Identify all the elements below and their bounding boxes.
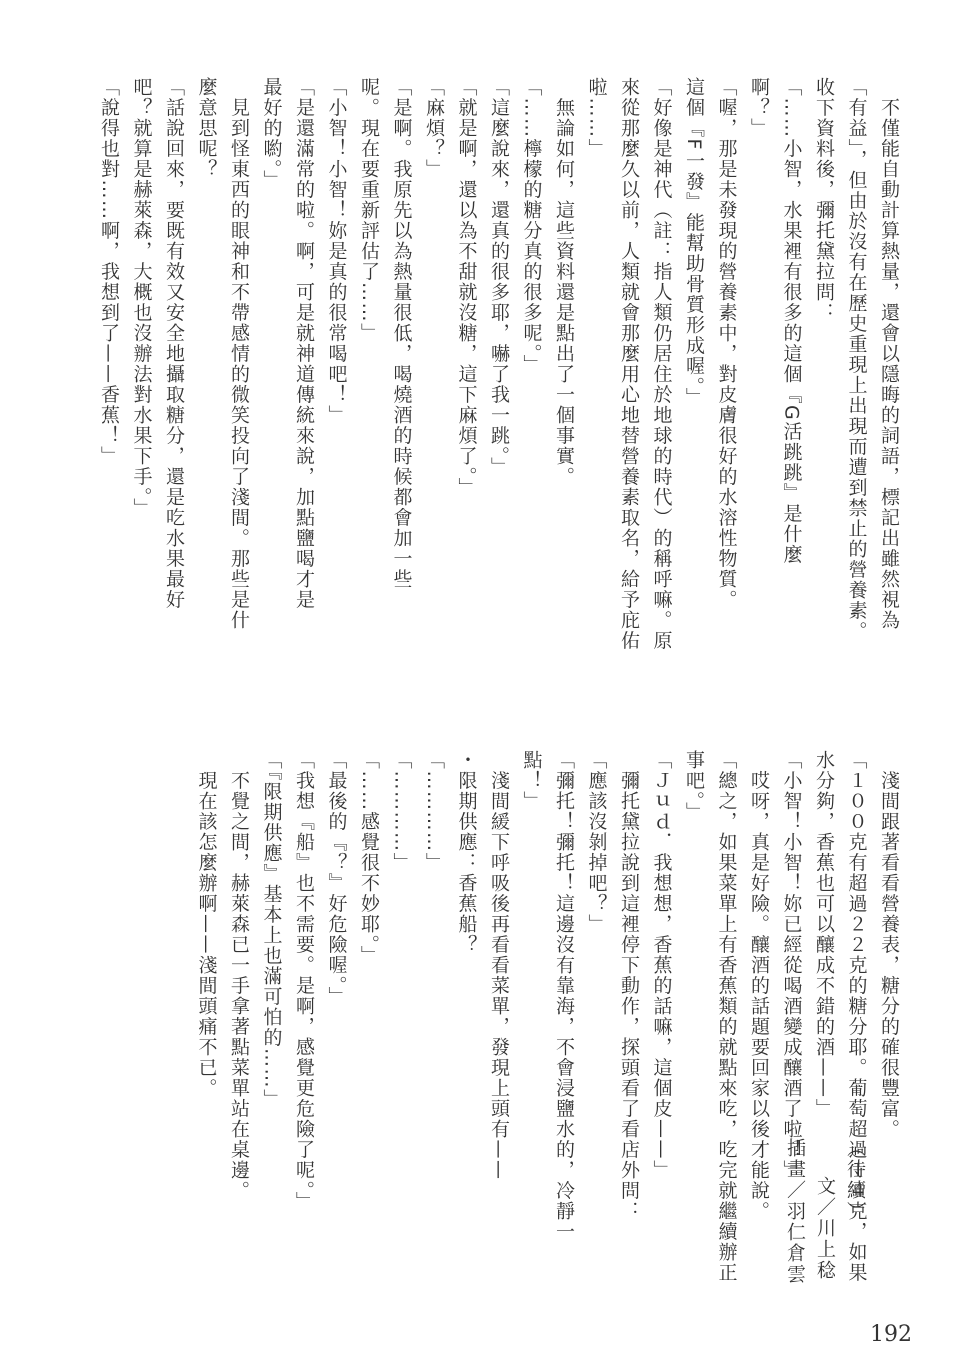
text-column: 「好像是神代（註：指人類仍居住於地球的時代）的稱呼嘛。原	[645, 77, 678, 657]
text-column: 無論如何，這些資料還是點出了一個事實。	[548, 77, 581, 657]
text-column: 「彌托！彌托！這邊沒有靠海，不會浸鹽水的，冷靜一	[548, 750, 581, 1320]
text-column: 「是啊。我原先以為熱量很低，喝燒酒的時候都會加一些	[385, 77, 418, 657]
text-column: 「說得也對……啊，我想到了——香蕉！」	[93, 77, 126, 657]
text-column: 「麻煩？」	[418, 77, 451, 657]
text-column: 「……感覺很不妙耶。」	[353, 750, 386, 1320]
text-column: 淺間緩下呼吸後再看看菜單，發現上頭有——	[483, 750, 516, 1320]
text-column: 「『限期供應』基本上也滿可怕的……」	[255, 750, 288, 1320]
text-column: 「Ｊｕｄ．我想想，香蕉的話嘛，這個皮——」	[645, 750, 678, 1320]
text-column: 點！」	[515, 750, 548, 1320]
text-column: 「喔，那是未發現的營養素中，對皮膚很好的水溶性物質。	[710, 77, 743, 657]
text-column: 事吧。」	[678, 750, 711, 1320]
text-column: 呢。現在要重新評估了……」	[353, 77, 386, 657]
page-number: 192	[870, 1322, 912, 1347]
text-column: 「…………」	[418, 750, 451, 1320]
text-column: 麼意思呢？	[190, 77, 223, 657]
text-column: 啦……」	[580, 77, 613, 657]
credits: （待續） 文／川上稔 插畫／羽仁倉雲	[780, 1138, 870, 1285]
text-column: 「小智！小智！妳是真的很常喝吧！」	[320, 77, 353, 657]
text-column: 不僅能自動計算熱量，還會以隱晦的詞語，標記出雖然視為	[873, 77, 906, 657]
text-column: 收下資料後，彌托黛拉問：	[808, 77, 841, 657]
text-column: 淺間跟著看看營養表，糖分的確很豐富。	[873, 750, 906, 1320]
text-column: 啊？」	[743, 77, 776, 657]
text-column: 「……檸檬的糖分真的很多呢。」	[515, 77, 548, 657]
text-column: 哎呀，真是好險。釀酒的話題要回家以後才能說。	[743, 750, 776, 1320]
text-column: 「我想『船』也不需要。是啊，感覺更危險了呢。」	[288, 750, 321, 1320]
to-be-continued: （待續）	[840, 1138, 870, 1285]
text-column: 「話說回來，要既有效又安全地攝取糖分，還是吃水果最好	[158, 77, 191, 657]
text-column: 「這麼說來，還真的很多耶，嚇了我一跳。」	[483, 77, 516, 657]
text-column: 「就是啊，還以為不甜就沒糖，這下麻煩了。」	[450, 77, 483, 657]
text-column: 「是還滿常的啦。啊，可是就神道傳統來說，加點鹽喝才是	[288, 77, 321, 657]
text-column: 最好的喲。」	[255, 77, 288, 657]
text-column: 彌托黛拉說到這裡停下動作，探頭看了看店外問：	[613, 750, 646, 1320]
text-column: 現在該怎麼辦啊——淺間頭痛不已。	[190, 750, 223, 1320]
text-column: 見到怪東西的眼神和不帶感情的微笑投向了淺間。那些是什	[223, 77, 256, 657]
text-column: 這個『F一發』能幫助骨質形成喔。」	[678, 77, 711, 657]
text-column: 「應該沒剝掉吧？」	[580, 750, 613, 1320]
illustrator-credit: 插畫／羽仁倉雲	[780, 1138, 810, 1285]
text-column: 「……小智，水果裡有很多的這個『G活跳跳』是什麼	[775, 77, 808, 657]
text-column: 不覺之間，赫萊森已一手拿著點菜單站在桌邊。	[223, 750, 256, 1320]
upper-text-block: 不僅能自動計算熱量，還會以隱晦的詞語，標記出雖然視為 「有益」，但由於沒有在歷史…	[93, 77, 906, 657]
text-column: 「…………」	[385, 750, 418, 1320]
text-column: 「有益」，但由於沒有在歷史重現上出現而遭到禁止的營養素。	[840, 77, 873, 657]
text-column: ・限期供應：香蕉船？	[450, 750, 483, 1320]
text-column: 「總之，如果菜單上有香蕉類的就點來吃，吃完就繼續辦正	[710, 750, 743, 1320]
text-column: 吧？就算是赫萊森，大概也沒辦法對水果下手。」	[125, 77, 158, 657]
text-column: 來從那麼久以前，人類就會那麼用心地替營養素取名，給予庇佑	[613, 77, 646, 657]
text-column: 「最後的『？』好危險喔。」	[320, 750, 353, 1320]
author-credit: 文／川上稔	[810, 1138, 840, 1285]
